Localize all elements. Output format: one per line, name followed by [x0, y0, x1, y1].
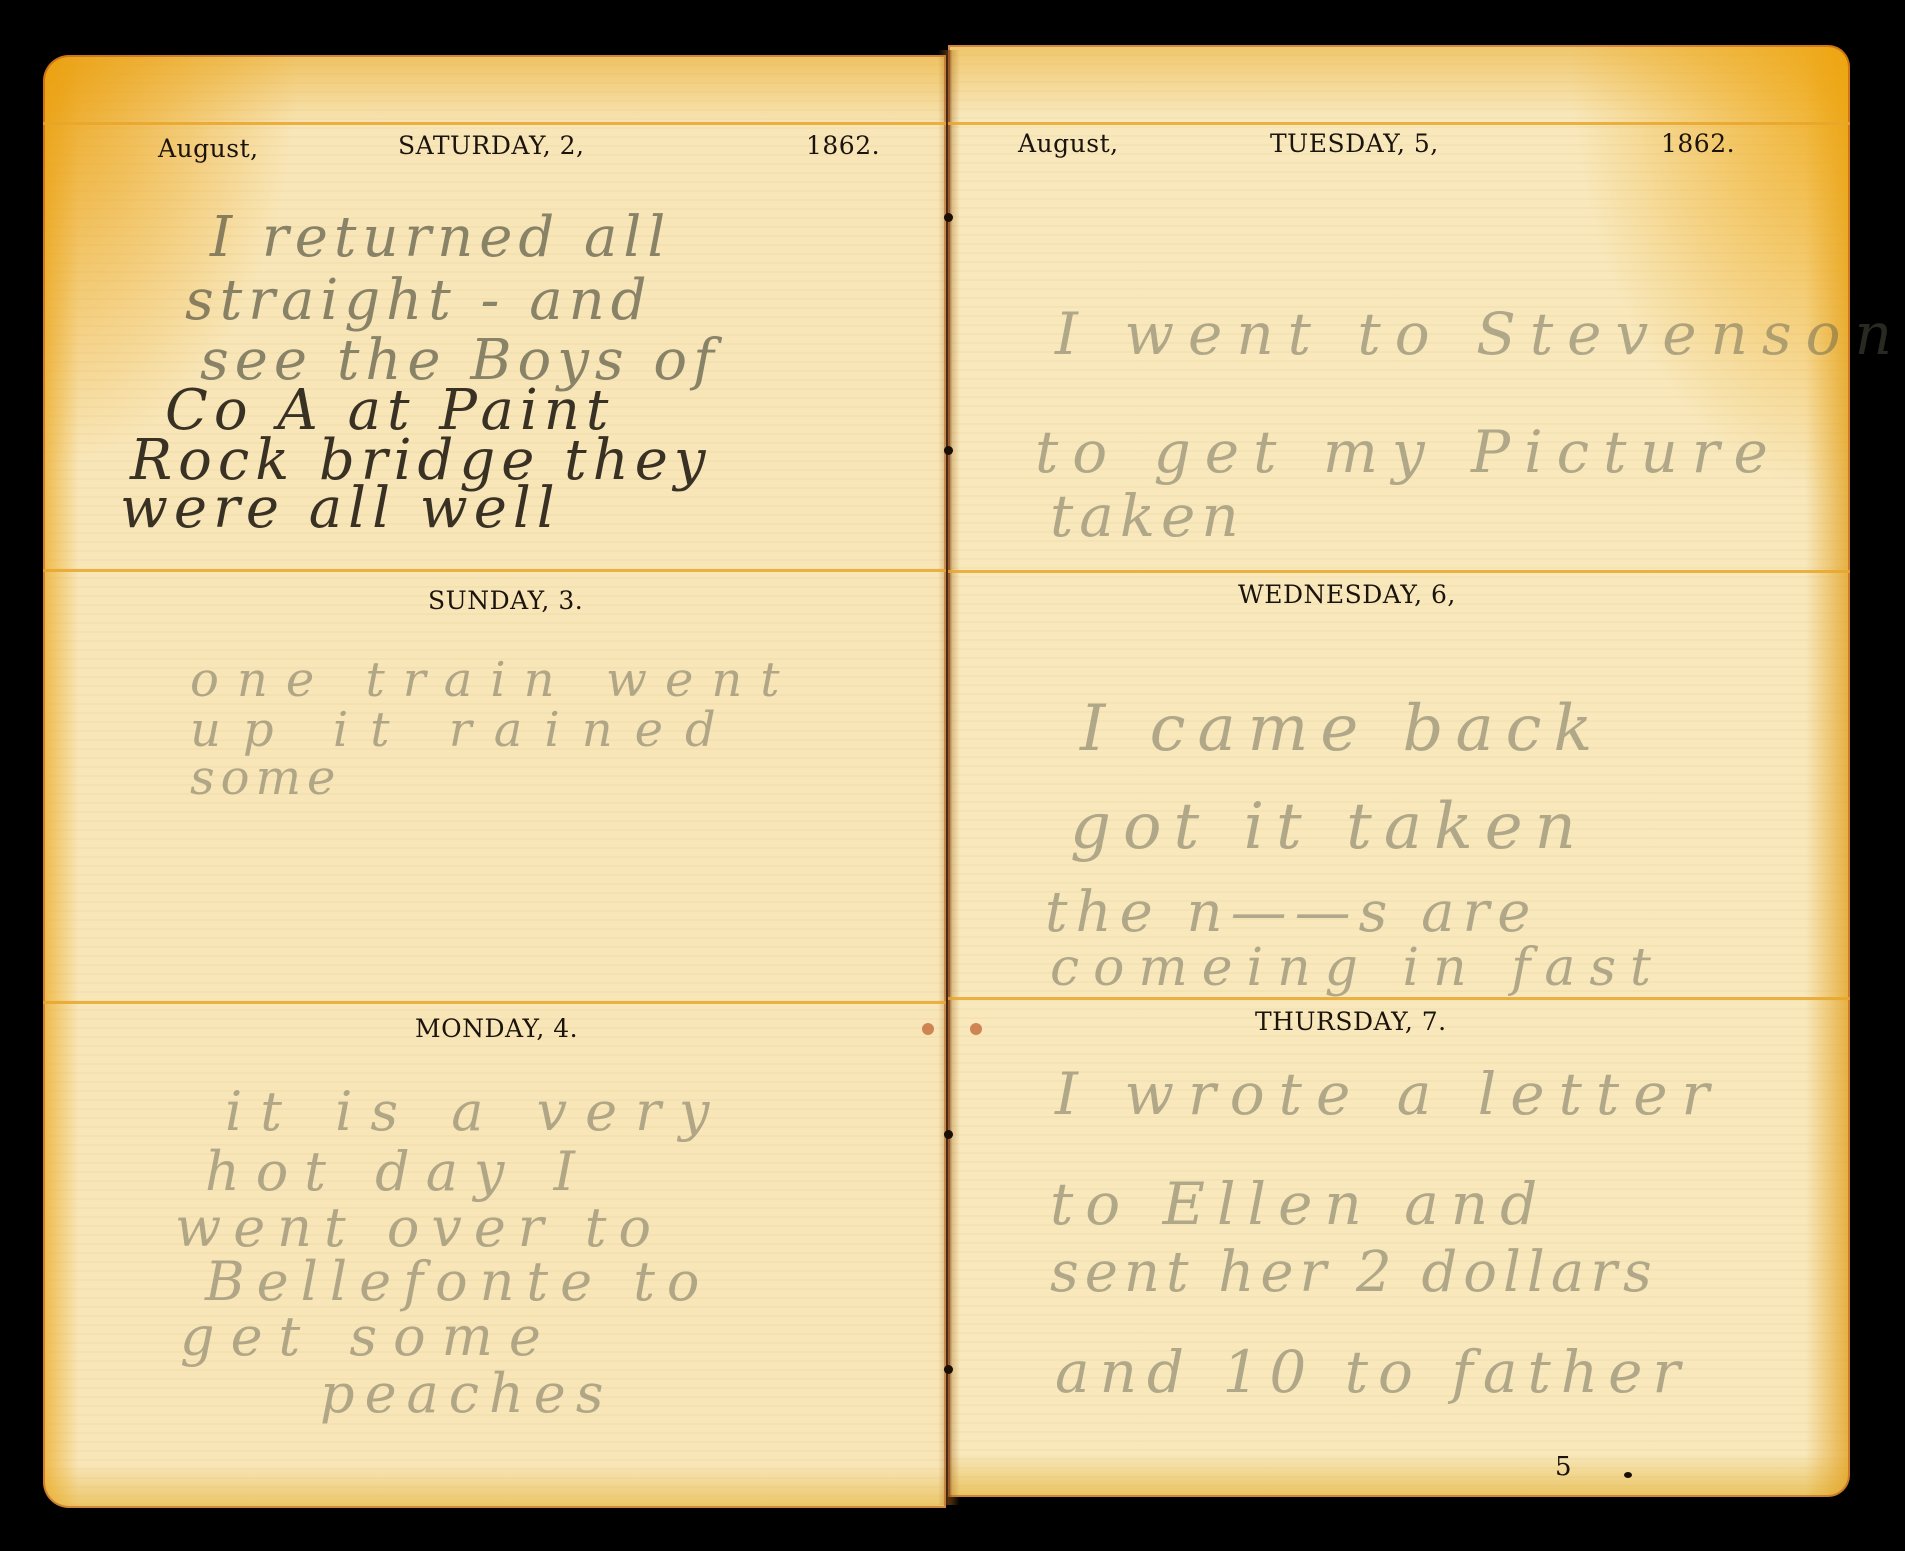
- handwriting-line: one train went: [190, 652, 798, 708]
- stitch-hole: [944, 213, 953, 222]
- handwriting-line: get some: [180, 1305, 557, 1368]
- page-number: 5: [1555, 1452, 1572, 1482]
- header-day-tuesday: TUESDAY, 5,: [1270, 129, 1439, 158]
- handwriting-line: some: [190, 750, 341, 806]
- header-month-left: August,: [158, 134, 259, 163]
- handwriting-line: taken: [1050, 482, 1245, 550]
- header-day-saturday: SATURDAY, 2,: [398, 131, 585, 160]
- stain-spot: [970, 1023, 982, 1035]
- day-label-thursday: THURSDAY, 7.: [1255, 1007, 1447, 1036]
- handwriting-line: to Ellen and: [1050, 1170, 1549, 1238]
- handwriting-line: I returned all: [210, 205, 671, 270]
- day-label-monday: MONDAY, 4.: [415, 1014, 578, 1043]
- handwriting-line: the n——s are: [1045, 880, 1538, 945]
- ink-dot: [1624, 1472, 1632, 1478]
- handwriting-line: straight - and: [185, 268, 653, 333]
- handwriting-line: and 10 to father: [1055, 1338, 1690, 1406]
- divider-right-1: [948, 570, 1850, 573]
- stitch-hole: [944, 1130, 953, 1139]
- divider-left-1: [43, 569, 946, 572]
- header-month-right: August,: [1018, 129, 1119, 158]
- handwriting-line: were all well: [120, 476, 561, 541]
- handwriting-line: I came back: [1080, 692, 1604, 766]
- handwriting-line: comeing in fast: [1050, 938, 1665, 998]
- divider-left-2: [43, 1001, 946, 1004]
- top-rule-right: [948, 122, 1850, 125]
- header-year-right: 1862.: [1661, 129, 1735, 158]
- day-label-wednesday: WEDNESDAY, 6,: [1238, 580, 1456, 609]
- top-rule-left: [43, 122, 946, 125]
- handwriting-line: I wrote a letter: [1055, 1060, 1723, 1128]
- handwriting-line: hot day I: [205, 1140, 591, 1203]
- handwriting-line: peaches: [320, 1362, 613, 1425]
- handwriting-line: it is a very: [225, 1080, 727, 1143]
- day-label-sunday: SUNDAY, 3.: [428, 586, 583, 615]
- handwriting-line: sent her 2 dollars: [1050, 1240, 1658, 1305]
- handwriting-line: Bellefonte to: [205, 1250, 711, 1313]
- handwriting-line: got it taken: [1070, 790, 1588, 864]
- handwriting-line: to get my Picture: [1035, 418, 1782, 486]
- header-year-left: 1862.: [806, 131, 880, 160]
- stitch-hole: [944, 1365, 953, 1374]
- stitch-hole: [944, 446, 953, 455]
- book-spine: [938, 50, 960, 1505]
- stain-spot: [922, 1023, 934, 1035]
- handwriting-line: I went to Stevenson: [1055, 300, 1905, 368]
